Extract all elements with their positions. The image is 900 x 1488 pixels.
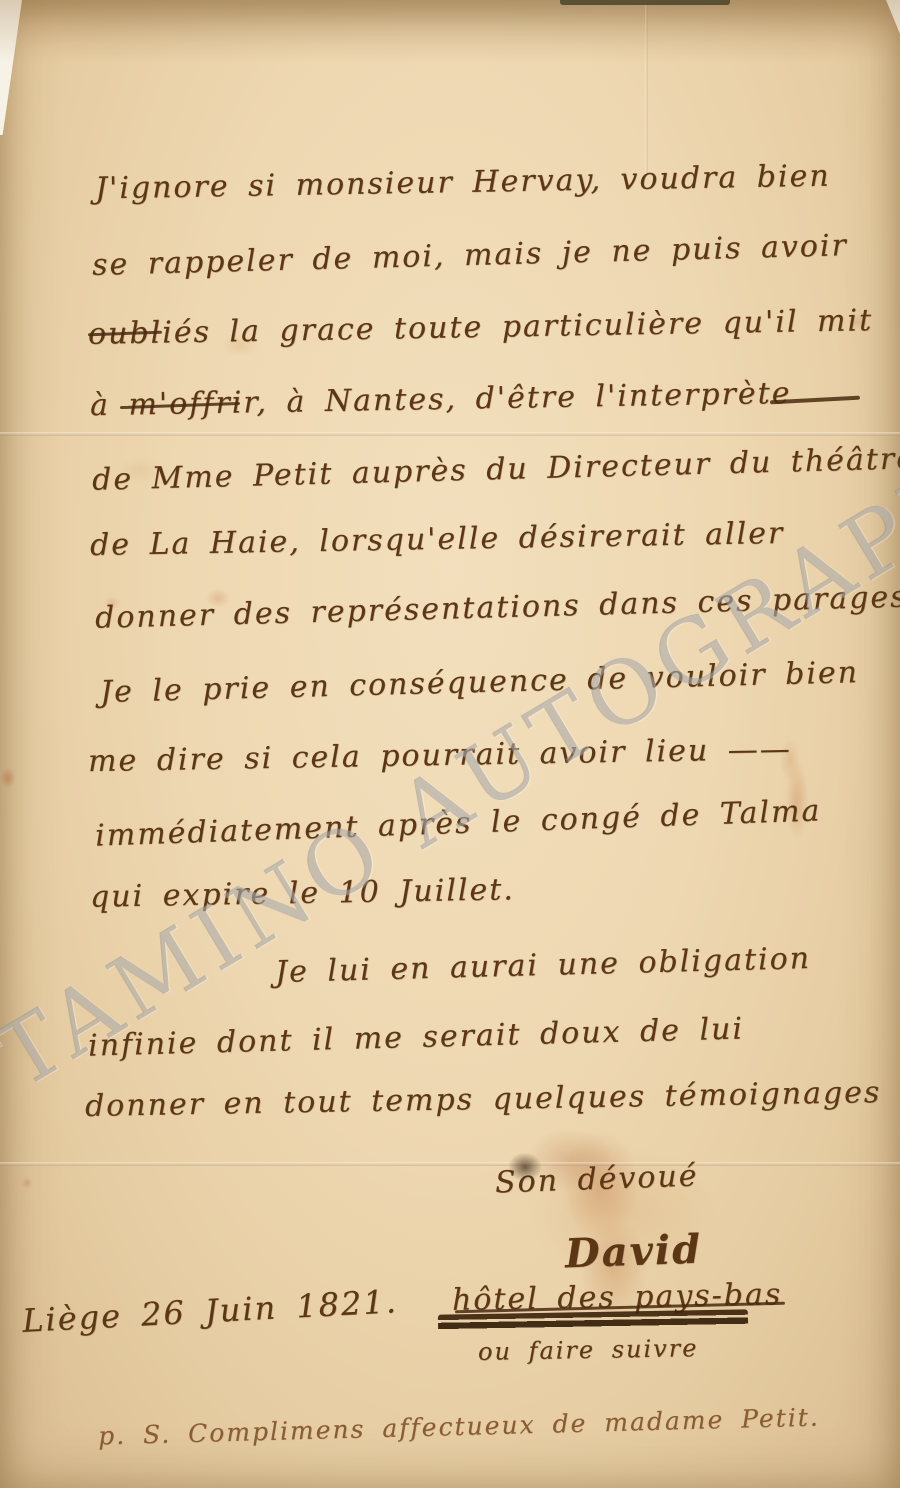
dateline: Liège 26 Juin 1821. [21, 1282, 398, 1340]
letter-line: oubliés la grace toute particulière qu'i… [88, 303, 874, 352]
letter-line: immédiatement après le congé de Talma [95, 793, 822, 853]
fold-crease [0, 1162, 900, 1166]
letter-line: me dire si cela pourrait avoir lieu —— [88, 732, 792, 779]
letter-line: qui expire le 10 Juillet. [90, 872, 515, 914]
letter-line: se rappeler de moi, mais je ne puis avoi… [92, 228, 849, 283]
letter-line: de La Haie, lorsqu'elle désirerait aller [90, 516, 785, 563]
address-line: hôtel des pays-bas [452, 1277, 783, 1318]
letter-line: infinie dont il me serait doux de lui [88, 1011, 745, 1063]
letter-line: à m'offrir, à Nantes, d'être l'interprèt… [90, 376, 792, 423]
letter-line: de Mme Petit auprès du Directeur du théâ… [92, 441, 900, 498]
postscript: p. S. Complimens affectueux de madame Pe… [98, 1403, 820, 1451]
torn-corner [886, 0, 900, 34]
fold-crease [645, 0, 648, 175]
signature: David [564, 1226, 703, 1278]
letter-line: J'ignore si monsieur Hervay, voudra bien [95, 159, 831, 207]
scanned-letter-page: J'ignore si monsieur Hervay, voudra bien… [0, 0, 900, 1488]
letter-line: donner en tout temps quelques témoignage… [85, 1075, 882, 1124]
letter-line: donner des représentations dans ces para… [95, 579, 900, 636]
scan-edge-strip [560, 0, 730, 5]
valediction: Son dévoué [494, 1158, 699, 1200]
torn-corner [0, 0, 22, 135]
fold-crease [0, 432, 900, 436]
letter-line: Je le prie en conséquence de vouloir bie… [100, 655, 860, 710]
forward-note: ou faire suivre [478, 1334, 699, 1366]
letter-line: Je lui en aurai une obligation [275, 941, 812, 990]
edge-shading [0, 0, 900, 70]
watermark-text: TAMINO AUTOGRAPHS [0, 474, 900, 1108]
